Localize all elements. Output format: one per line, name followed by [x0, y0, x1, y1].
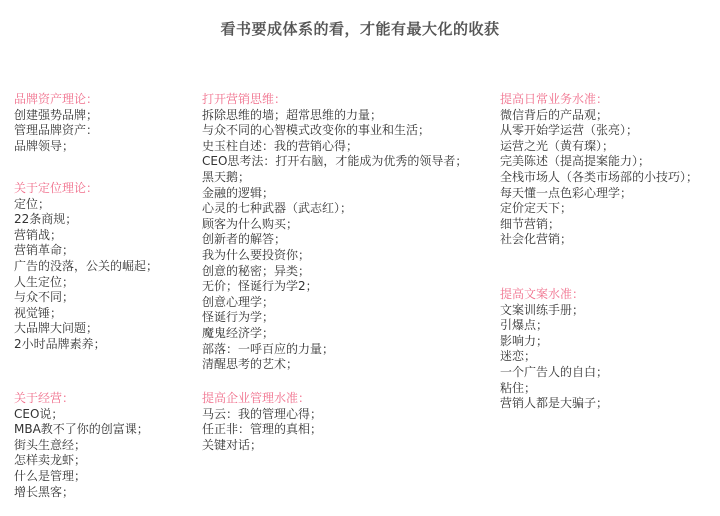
section-heading: 打开营销思维： [202, 92, 467, 108]
section-heading: 关于定位理论： [14, 181, 158, 197]
book-item: 粘住； [500, 381, 608, 397]
book-item: 影响力； [500, 334, 608, 350]
book-item: 怪诞行为学； [202, 310, 467, 326]
book-item: 关键对话； [202, 438, 322, 454]
section-positioning: 关于定位理论：定位；22条商规；营销战；营销革命；广告的没落，公关的崛起；人生定… [14, 181, 158, 353]
book-item: 定位； [14, 197, 158, 213]
book-item: 微信背后的产品观； [500, 108, 698, 124]
book-item: 马云：我的管理心得； [202, 407, 322, 423]
book-item: 史玉柱自述：我的营销心得； [202, 139, 467, 155]
book-item: 创意心理学； [202, 295, 467, 311]
book-item: 品牌领导； [14, 139, 98, 155]
section-marketing-thinking: 打开营销思维：拆除思维的墙；超常思维的力量；与众不同的心智模式改变你的事业和生活… [202, 92, 467, 373]
book-item: 怎样卖龙虾； [14, 453, 149, 469]
book-item: 大品牌大问题； [14, 321, 158, 337]
book-item: 管理品牌资产： [14, 123, 98, 139]
book-item: 迷恋； [500, 349, 608, 365]
book-item: 无价；怪诞行为学2； [202, 279, 467, 295]
book-item: 2小时品牌素养； [14, 337, 158, 353]
book-item: 什么是管理； [14, 469, 149, 485]
book-item: CEO思考法：打开右脑，才能成为优秀的领导者； [202, 154, 467, 170]
book-item: 广告的没落，公关的崛起； [14, 259, 158, 275]
book-item: 部落：一呼百应的力量； [202, 342, 467, 358]
book-item: 街头生意经； [14, 438, 149, 454]
section-management: 提高企业管理水准：马云：我的管理心得；任正非：管理的真相；关键对话； [202, 391, 322, 453]
book-item: 全栈市场人（各类市场部的小技巧）； [500, 170, 698, 186]
section-brand-equity: 品牌资产理论：创建强势品牌；管理品牌资产：品牌领导； [14, 92, 98, 154]
book-item: 清醒思考的艺术； [202, 357, 467, 373]
book-item: 运营之光（黄有璨）； [500, 139, 698, 155]
book-item: 拆除思维的墙；超常思维的力量； [202, 108, 467, 124]
section-heading: 品牌资产理论： [14, 92, 98, 108]
book-item: 增长黑客； [14, 485, 149, 501]
section-heading: 提高文案水准： [500, 287, 608, 303]
book-item: 魔鬼经济学； [202, 326, 467, 342]
section-heading: 提高企业管理水准： [202, 391, 322, 407]
book-item: 22条商规； [14, 212, 158, 228]
book-item: 完美陈述（提高提案能力）； [500, 154, 698, 170]
book-item: 文案训练手册； [500, 303, 608, 319]
book-item: 与众不同的心智模式改变你的事业和生活； [202, 123, 467, 139]
book-item: 顾客为什么购买； [202, 217, 467, 233]
book-item: 我为什么要投资你； [202, 248, 467, 264]
section-daily-business: 提高日常业务水准：微信背后的产品观；从零开始学运营（张亮）；运营之光（黄有璨）；… [500, 92, 698, 248]
book-item: 营销革命； [14, 243, 158, 259]
book-item: 细节营销； [500, 217, 698, 233]
book-item: 人生定位； [14, 275, 158, 291]
book-item: 营销人都是大骗子； [500, 396, 608, 412]
book-item: 与众不同； [14, 290, 158, 306]
book-item: 黑天鹅； [202, 170, 467, 186]
section-heading: 提高日常业务水准： [500, 92, 698, 108]
book-item: CEO说； [14, 407, 149, 423]
book-item: 金融的逻辑； [202, 186, 467, 202]
book-item: 定价定天下； [500, 201, 698, 217]
section-heading: 关于经营： [14, 391, 149, 407]
book-item: 营销战； [14, 228, 158, 244]
book-item: 一个广告人的自白； [500, 365, 608, 381]
book-item: 视觉锤； [14, 306, 158, 322]
book-item: 心灵的七种武器（武志红）； [202, 201, 467, 217]
page-title: 看书要成体系的看，才能有最大化的收获 [0, 18, 720, 39]
book-item: MBA教不了你的创富课； [14, 422, 149, 438]
book-item: 创新者的解答； [202, 232, 467, 248]
book-item: 创建强势品牌； [14, 108, 98, 124]
section-business: 关于经营：CEO说；MBA教不了你的创富课；街头生意经；怎样卖龙虾；什么是管理；… [14, 391, 149, 500]
book-item: 每天懂一点色彩心理学； [500, 186, 698, 202]
book-item: 任正非：管理的真相； [202, 422, 322, 438]
book-item: 创意的秘密；异类； [202, 264, 467, 280]
book-item: 从零开始学运营（张亮）； [500, 123, 698, 139]
book-item: 引爆点； [500, 318, 608, 334]
section-copywriting: 提高文案水准：文案训练手册；引爆点；影响力；迷恋；一个广告人的自白；粘住；营销人… [500, 287, 608, 412]
book-item: 社会化营销； [500, 232, 698, 248]
